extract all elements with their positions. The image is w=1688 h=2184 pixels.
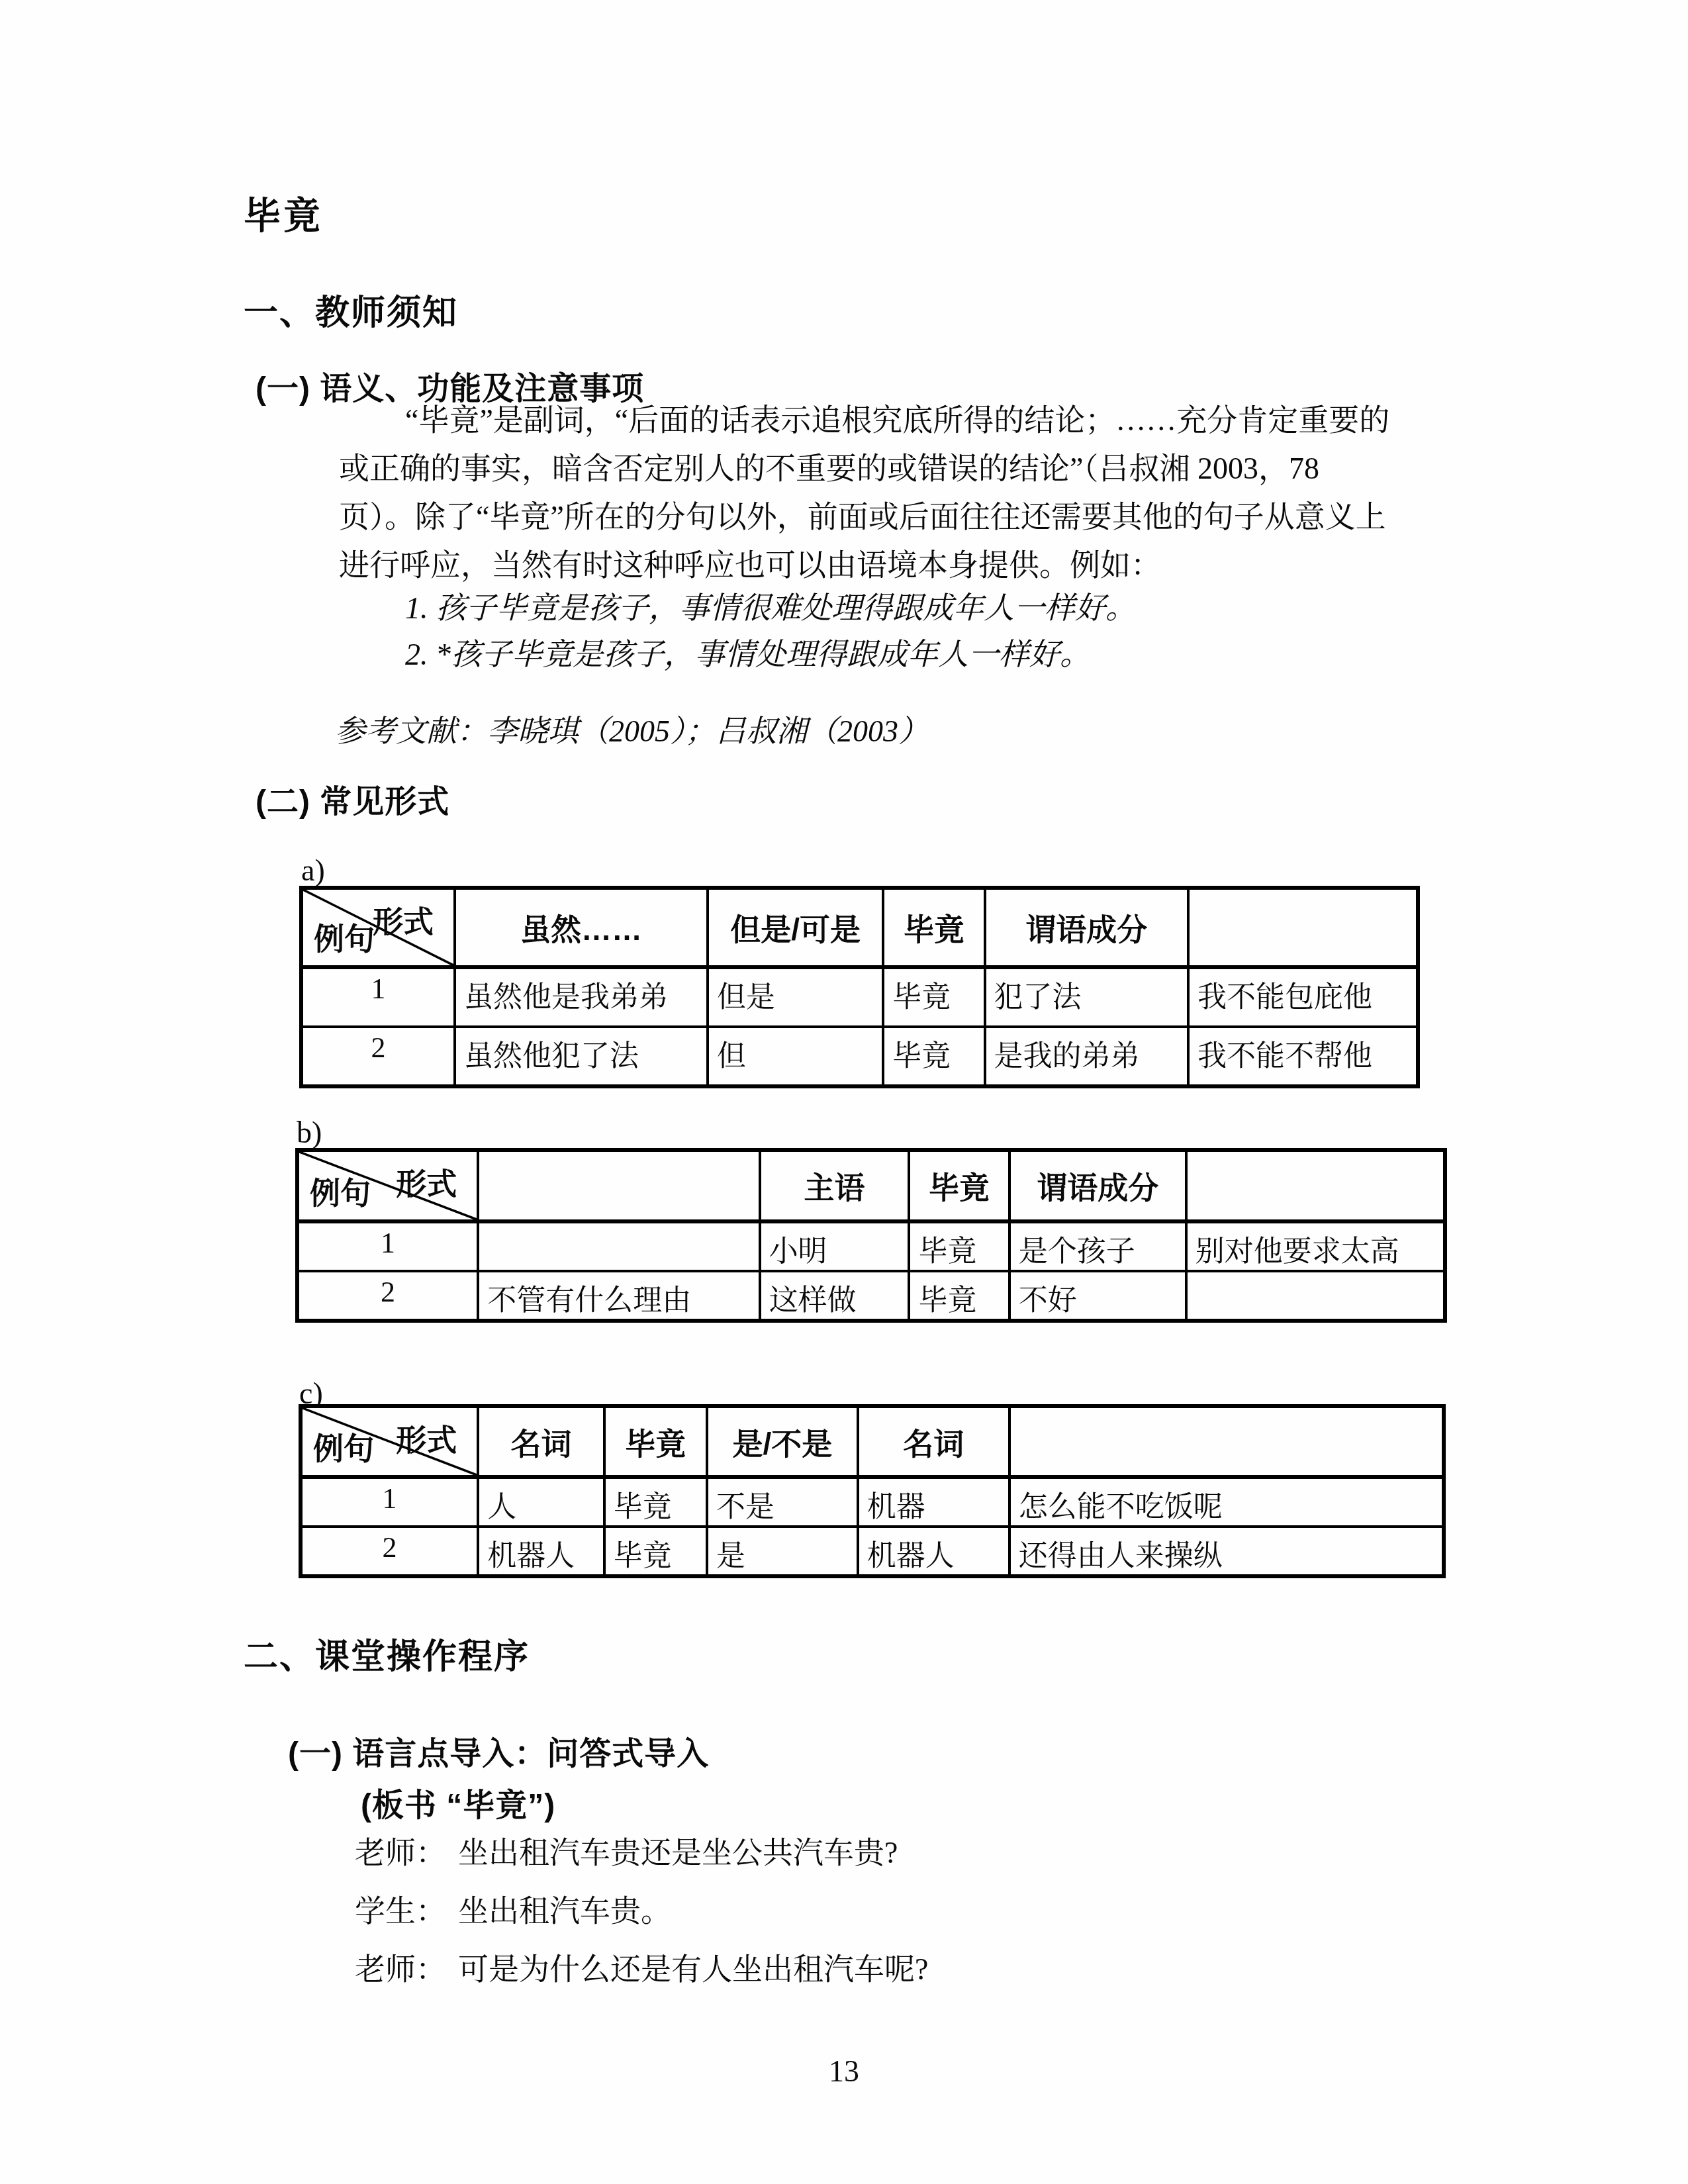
data-cell: 人 xyxy=(478,1477,604,1527)
corner-label-top: 形式 xyxy=(396,1416,457,1460)
data-cell: 毕竟 xyxy=(883,1027,984,1086)
table-row: 1 小明 毕竟 是个孩子 别对他要求太高 xyxy=(297,1221,1445,1271)
corner-cell: 形式 例句 xyxy=(297,1150,478,1221)
corner-label-bottom: 例句 xyxy=(310,1169,371,1213)
dialog-text: 坐出租汽车贵还是坐公共汽车贵? xyxy=(458,1836,898,1870)
intro-heading: (一) 语言点导入：问答式导入 xyxy=(288,1728,709,1774)
header-cell: 是/不是 xyxy=(707,1406,858,1477)
data-cell: 虽然他是我弟弟 xyxy=(455,967,708,1027)
header-cell: 名词 xyxy=(478,1406,604,1477)
table-b: 形式 例句 主语 毕竟 谓语成分 1 小明 毕竟 是个孩子 别对他要求太高 2 … xyxy=(295,1148,1447,1323)
data-cell: 机器 xyxy=(858,1477,1009,1527)
data-cell: 是 xyxy=(707,1527,858,1576)
row-number: 2 xyxy=(301,1027,455,1086)
data-cell: 是个孩子 xyxy=(1009,1221,1186,1271)
dialog-line: 老师：坐出租汽车贵还是坐公共汽车贵? xyxy=(355,1828,898,1872)
table-row: 1 虽然他是我弟弟 但是 毕竟 犯了法 我不能包庇他 xyxy=(301,967,1418,1027)
table-b-label: b) xyxy=(297,1115,322,1150)
dialog-speaker: 老师： xyxy=(355,1952,446,1986)
data-cell: 这样做 xyxy=(760,1271,910,1321)
table-c-wrap: 形式 例句 名词 毕竟 是/不是 名词 1 人 毕竟 不是 机器 怎么能不吃饭呢… xyxy=(299,1404,1446,1578)
paragraph-line: 页）。除了“毕竟”所在的分句以外，前面或后面往往还需要其他的句子从意义上 xyxy=(339,493,1425,541)
header-cell: 主语 xyxy=(760,1150,910,1221)
document-page: 毕竟 一、教师须知 (一) 语义、功能及注意事项 “毕竟”是副词，“后面的话表示… xyxy=(0,0,1688,2184)
data-cell: 不管有什么理由 xyxy=(478,1271,759,1321)
row-number: 1 xyxy=(297,1221,478,1271)
corner-label-bottom: 例句 xyxy=(313,1425,374,1468)
data-cell: 毕竟 xyxy=(909,1221,1009,1271)
header-cell: 名词 xyxy=(858,1406,1009,1477)
header-cell: 毕竟 xyxy=(909,1150,1009,1221)
header-cell: 毕竟 xyxy=(883,888,984,967)
table-a-label: a) xyxy=(301,853,325,888)
dialog-text: 可是为什么还是有人坐出租汽车呢? xyxy=(458,1952,928,1986)
dialog-line: 老师：可是为什么还是有人坐出租汽车呢? xyxy=(355,1945,928,1989)
data-cell: 别对他要求太高 xyxy=(1186,1221,1445,1271)
row-number: 1 xyxy=(301,1477,478,1527)
references-line: 参考文献：李晓琪（2005）；吕叔湘（2003） xyxy=(335,707,929,751)
data-cell: 不好 xyxy=(1009,1271,1186,1321)
data-cell xyxy=(1186,1271,1445,1321)
table-c: 形式 例句 名词 毕竟 是/不是 名词 1 人 毕竟 不是 机器 怎么能不吃饭呢… xyxy=(299,1404,1446,1578)
dialog-text: 坐出租汽车贵。 xyxy=(458,1894,671,1928)
page-title: 毕竟 xyxy=(244,187,323,240)
header-cell: 谓语成分 xyxy=(1009,1150,1186,1221)
row-number: 1 xyxy=(301,967,455,1027)
paragraph-line: 进行呼应，当然有时这种呼应也可以由语境本身提供。例如： xyxy=(339,541,1425,589)
paragraph-line: “毕竟”是副词，“后面的话表示追根究底所得的结论；……充分肯定重要的 xyxy=(339,396,1425,444)
row-number: 2 xyxy=(297,1271,478,1321)
section2-heading: 二、课堂操作程序 xyxy=(244,1629,530,1678)
dialog-line: 学生：坐出租汽车贵。 xyxy=(355,1887,671,1930)
table-row: 2 虽然他犯了法 但 毕竟 是我的弟弟 我不能不帮他 xyxy=(301,1027,1418,1086)
data-cell: 毕竟 xyxy=(604,1527,707,1576)
corner-label-top: 形式 xyxy=(373,898,434,941)
data-cell: 小明 xyxy=(760,1221,910,1271)
header-cell: 虽然…… xyxy=(455,888,708,967)
header-cell xyxy=(1009,1406,1444,1477)
data-cell: 是我的弟弟 xyxy=(985,1027,1189,1086)
data-cell: 毕竟 xyxy=(604,1477,707,1527)
table-a-wrap: 形式 例句 虽然…… 但是/可是 毕竟 谓语成分 1 虽然他是我弟弟 但是 毕竟… xyxy=(299,886,1420,1088)
forms-heading: (二) 常见形式 xyxy=(256,776,449,822)
example-sentence-2: 2. *孩子毕竟是孩子，事情处理得跟成年人一样好。 xyxy=(405,630,1090,674)
data-cell: 机器人 xyxy=(858,1527,1009,1576)
header-cell xyxy=(478,1150,759,1221)
header-cell xyxy=(1188,888,1418,967)
data-cell: 虽然他犯了法 xyxy=(455,1027,708,1086)
corner-cell: 形式 例句 xyxy=(301,888,455,967)
dialog-speaker: 老师： xyxy=(355,1836,446,1870)
dialog-speaker: 学生： xyxy=(355,1894,446,1928)
data-cell: 犯了法 xyxy=(985,967,1189,1027)
data-cell: 机器人 xyxy=(478,1527,604,1576)
table-b-wrap: 形式 例句 主语 毕竟 谓语成分 1 小明 毕竟 是个孩子 别对他要求太高 2 … xyxy=(295,1148,1447,1323)
row-number: 2 xyxy=(301,1527,478,1576)
page-number: 13 xyxy=(0,2054,1688,2089)
data-cell xyxy=(478,1221,759,1271)
corner-label-bottom: 例句 xyxy=(314,915,375,959)
data-cell: 我不能包庇他 xyxy=(1188,967,1418,1027)
data-cell: 但 xyxy=(708,1027,883,1086)
header-cell: 谓语成分 xyxy=(985,888,1189,967)
paragraph-line: 或正确的事实，暗含否定别人的不重要的或错误的结论”（吕叔湘 2003，78 xyxy=(339,444,1425,493)
semantics-paragraph: “毕竟”是副词，“后面的话表示追根究底所得的结论；……充分肯定重要的 或正确的事… xyxy=(339,396,1425,589)
data-cell: 不是 xyxy=(707,1477,858,1527)
header-cell xyxy=(1186,1150,1445,1221)
corner-label-top: 形式 xyxy=(396,1160,457,1204)
table-a: 形式 例句 虽然…… 但是/可是 毕竟 谓语成分 1 虽然他是我弟弟 但是 毕竟… xyxy=(299,886,1420,1088)
section1-heading: 一、教师须知 xyxy=(244,285,458,334)
data-cell: 我不能不帮他 xyxy=(1188,1027,1418,1086)
table-row: 2 机器人 毕竟 是 机器人 还得由人来操纵 xyxy=(301,1527,1444,1576)
board-note: (板书 “毕竟”) xyxy=(361,1780,555,1825)
data-cell: 毕竟 xyxy=(883,967,984,1027)
header-cell: 毕竟 xyxy=(604,1406,707,1477)
data-cell: 毕竟 xyxy=(909,1271,1009,1321)
data-cell: 还得由人来操纵 xyxy=(1009,1527,1444,1576)
data-cell: 但是 xyxy=(708,967,883,1027)
data-cell: 怎么能不吃饭呢 xyxy=(1009,1477,1444,1527)
table-row: 2 不管有什么理由 这样做 毕竟 不好 xyxy=(297,1271,1445,1321)
corner-cell: 形式 例句 xyxy=(301,1406,478,1477)
table-row: 1 人 毕竟 不是 机器 怎么能不吃饭呢 xyxy=(301,1477,1444,1527)
header-cell: 但是/可是 xyxy=(708,888,883,967)
example-sentence-1: 1. 孩子毕竟是孩子，事情很难处理得跟成年人一样好。 xyxy=(405,584,1136,628)
